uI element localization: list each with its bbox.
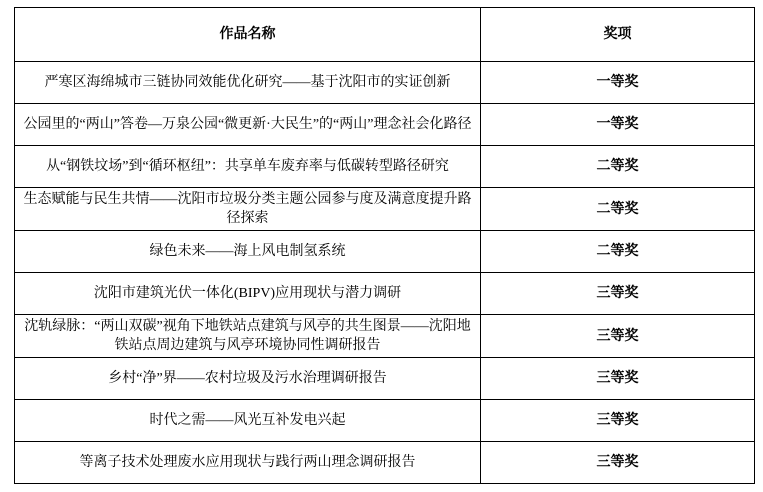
award-cell: 二等奖: [481, 146, 755, 188]
award-cell: 三等奖: [481, 442, 755, 484]
table-row: 沈阳市建筑光伏一体化(BIPV)应用现状与潜力调研 三等奖: [15, 273, 755, 315]
table-row: 绿色未来——海上风电制氢系统 二等奖: [15, 231, 755, 273]
awards-table-container: 作品名称 奖项 严寒区海绵城市三链协同效能优化研究——基于沈阳市的实证创新 一等…: [14, 7, 755, 484]
work-title-cell: 严寒区海绵城市三链协同效能优化研究——基于沈阳市的实证创新: [15, 62, 481, 104]
table-row: 沈轨绿脉：“两山双碳”视角下地铁站点建筑与风亭的共生图景——沈阳地铁站点周边建筑…: [15, 315, 755, 358]
work-title-cell: 沈轨绿脉：“两山双碳”视角下地铁站点建筑与风亭的共生图景——沈阳地铁站点周边建筑…: [15, 315, 481, 358]
table-body: 严寒区海绵城市三链协同效能优化研究——基于沈阳市的实证创新 一等奖 公园里的“两…: [15, 62, 755, 484]
table-row: 等离子技术处理废水应用现状与践行两山理念调研报告 三等奖: [15, 442, 755, 484]
award-cell: 三等奖: [481, 400, 755, 442]
table-row: 严寒区海绵城市三链协同效能优化研究——基于沈阳市的实证创新 一等奖: [15, 62, 755, 104]
work-title-cell: 从“钢铁坟场”到“循环枢纽”：共享单车废弃率与低碳转型路径研究: [15, 146, 481, 188]
work-title-cell: 生态赋能与民生共情——沈阳市垃圾分类主题公园参与度及满意度提升路径探索: [15, 188, 481, 231]
work-title-cell: 绿色未来——海上风电制氢系统: [15, 231, 481, 273]
award-cell: 一等奖: [481, 62, 755, 104]
award-cell: 三等奖: [481, 358, 755, 400]
work-title-cell: 时代之需——风光互补发电兴起: [15, 400, 481, 442]
award-cell: 三等奖: [481, 273, 755, 315]
table-row: 生态赋能与民生共情——沈阳市垃圾分类主题公园参与度及满意度提升路径探索 二等奖: [15, 188, 755, 231]
table-row: 从“钢铁坟场”到“循环枢纽”：共享单车废弃率与低碳转型路径研究 二等奖: [15, 146, 755, 188]
work-title-cell: 沈阳市建筑光伏一体化(BIPV)应用现状与潜力调研: [15, 273, 481, 315]
awards-table: 作品名称 奖项 严寒区海绵城市三链协同效能优化研究——基于沈阳市的实证创新 一等…: [14, 7, 755, 484]
award-cell: 二等奖: [481, 188, 755, 231]
table-row: 公园里的“两山”答卷—万泉公园“微更新·大民生”的“两山”理念社会化路径 一等奖: [15, 104, 755, 146]
table-row: 乡村“净”界——农村垃圾及污水治理调研报告 三等奖: [15, 358, 755, 400]
header-work-title: 作品名称: [15, 8, 481, 62]
table-row: 时代之需——风光互补发电兴起 三等奖: [15, 400, 755, 442]
work-title-cell: 公园里的“两山”答卷—万泉公园“微更新·大民生”的“两山”理念社会化路径: [15, 104, 481, 146]
award-cell: 三等奖: [481, 315, 755, 358]
work-title-cell: 等离子技术处理废水应用现状与践行两山理念调研报告: [15, 442, 481, 484]
work-title-cell: 乡村“净”界——农村垃圾及污水治理调研报告: [15, 358, 481, 400]
award-cell: 一等奖: [481, 104, 755, 146]
header-award: 奖项: [481, 8, 755, 62]
award-cell: 二等奖: [481, 231, 755, 273]
header-row: 作品名称 奖项: [15, 8, 755, 62]
